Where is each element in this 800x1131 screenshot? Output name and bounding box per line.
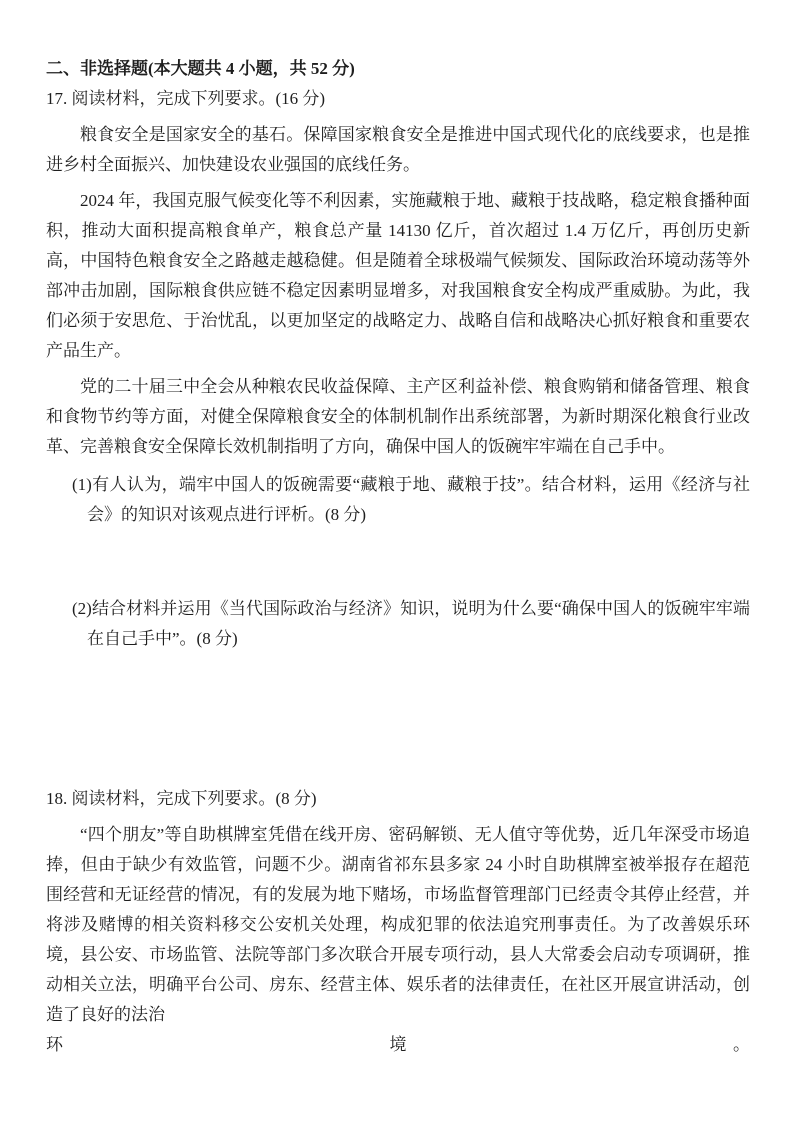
question-17-subquestion-2: (2)结合材料并运用《当代国际政治与经济》知识，说明为什么要“确保中国人的饭碗牢… <box>46 594 750 654</box>
last-line-char-middle: 境 <box>390 1030 407 1060</box>
question-17-material-paragraph-1: 粮食安全是国家安全的基石。保障国家粮食安全是推进中国式现代化的底线要求，也是推进… <box>46 120 750 180</box>
question-18-heading: 18. 阅读材料，完成下列要求。(8 分) <box>46 784 750 814</box>
question-17-material-paragraph-2: 2024 年，我国克服气候变化等不利因素，实施藏粮于地、藏粮于技战略，稳定粮食播… <box>46 186 750 366</box>
last-line-fullstop: 。 <box>733 1030 750 1060</box>
question-18-material-paragraph: “四个朋友”等自助棋牌室凭借在线开房、密码解锁、无人值守等优势，近几年深受市场追… <box>46 820 750 1030</box>
question-17-material-paragraph-3: 党的二十届三中全会从种粮农民收益保障、主产区利益补偿、粮食购销和储备管理、粮食和… <box>46 372 750 462</box>
question-17-subquestion-1: (1)有人认为，端牢中国人的饭碗需要“藏粮于地、藏粮于技”。结合材料，运用《经济… <box>46 470 750 530</box>
last-line-char-left: 环 <box>46 1030 63 1060</box>
question-17-heading: 17. 阅读材料，完成下列要求。(16 分) <box>46 84 750 114</box>
question-18-justified-last-line: 环 境 。 <box>46 1030 750 1060</box>
exam-page: 二、非选择题(本大题共 4 小题，共 52 分) 17. 阅读材料，完成下列要求… <box>0 0 800 1131</box>
section-heading: 二、非选择题(本大题共 4 小题，共 52 分) <box>46 54 750 84</box>
